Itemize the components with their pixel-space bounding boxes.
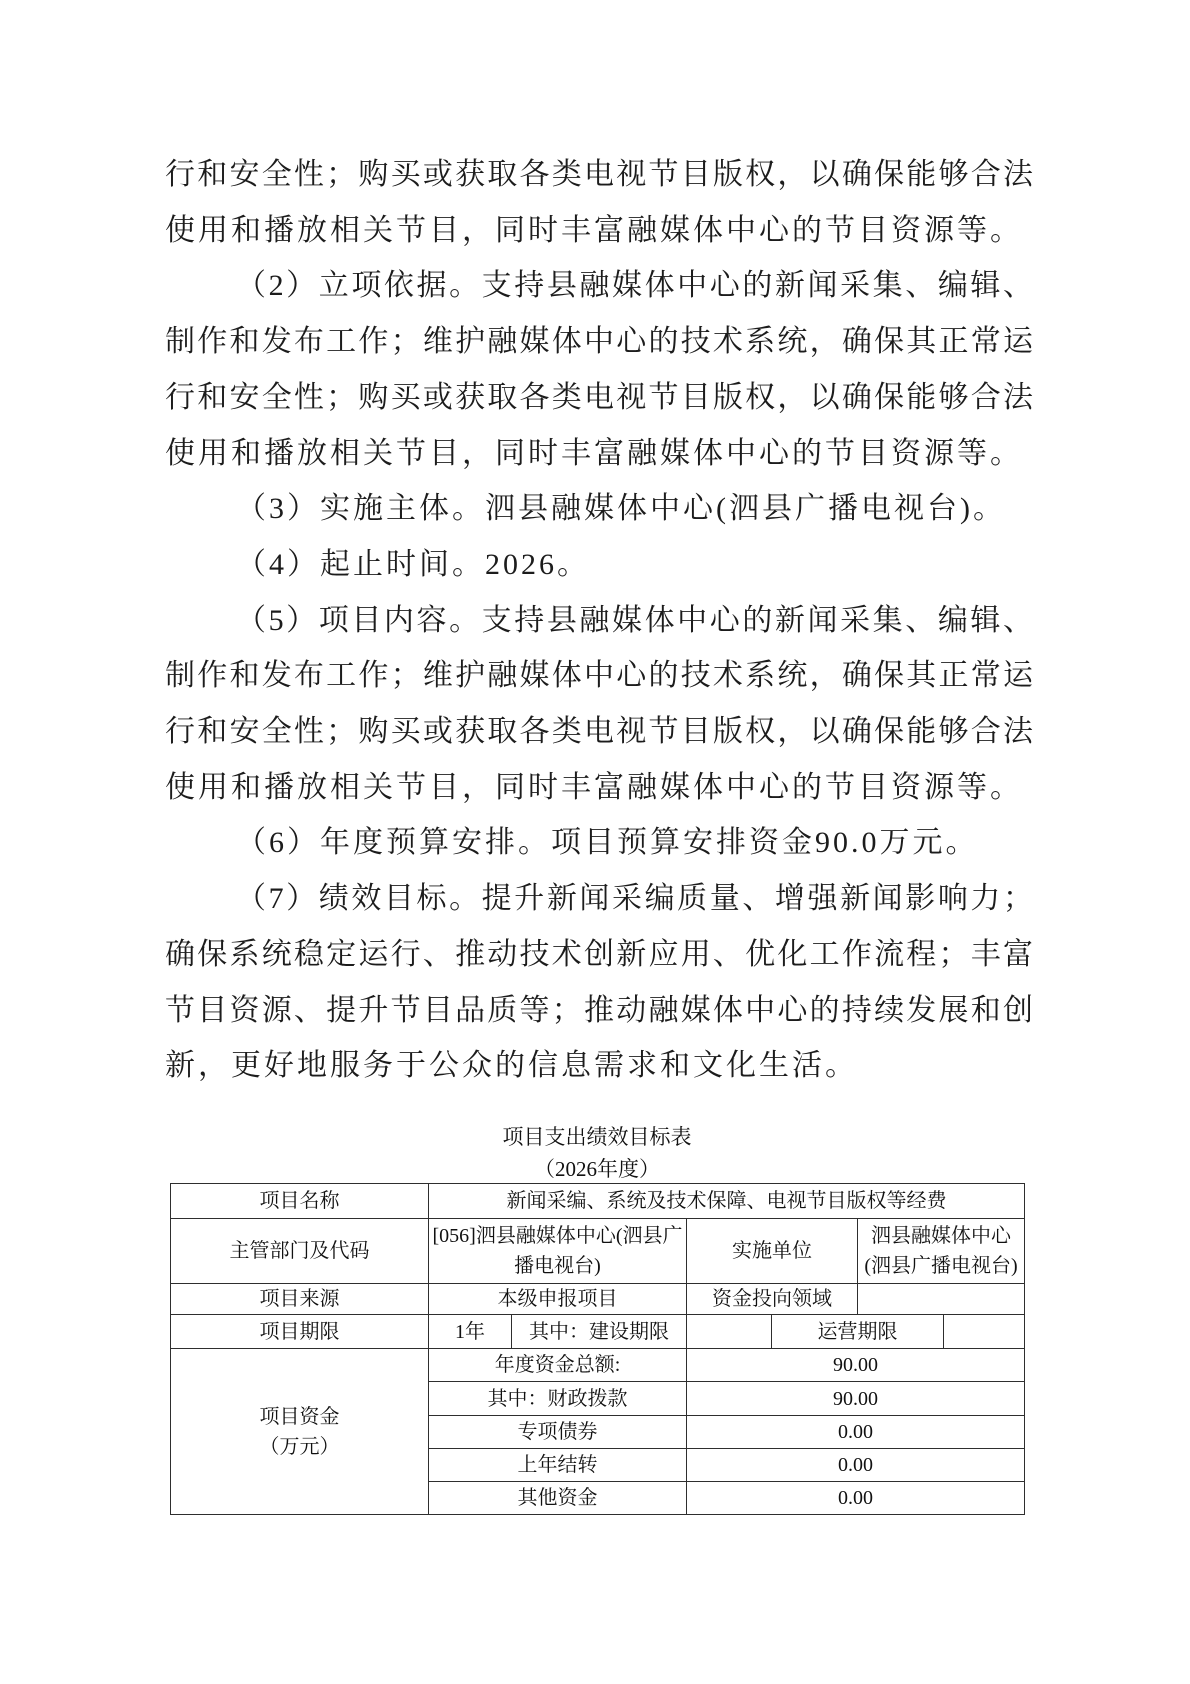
- body-line: 使用和播放相关节目，同时丰富融媒体中心的节目资源等。: [165, 203, 1033, 259]
- body-line: （2）立项依据。支持县融媒体中心的新闻采集、编辑、: [165, 258, 1033, 314]
- body-line: （3）实施主体。泗县融媒体中心(泗县广播电视台)。: [165, 481, 1033, 537]
- document-page: 行和安全性；购买或获取各类电视节目版权，以确保能够合法 使用和播放相关节目，同时…: [0, 0, 1190, 1684]
- cell-period-value: 1年: [429, 1315, 512, 1349]
- table-row: 项目来源 本级申报项目 资金投向领域: [171, 1284, 1025, 1315]
- impl-value-line1: 泗县融媒体中心: [871, 1225, 1011, 1247]
- cell-project-name-label: 项目名称: [171, 1184, 429, 1219]
- impl-value-line2: (泗县广播电视台): [864, 1255, 1017, 1277]
- cell-fund-total-value: 90.00: [687, 1349, 1025, 1382]
- cell-fund-header: 项目资金（万元）: [171, 1349, 429, 1515]
- cell-source-value: 本级申报项目: [429, 1284, 687, 1315]
- table-row: 项目名称 新闻采编、系统及技术保障、电视节目版权等经费: [171, 1184, 1025, 1219]
- table-row: 项目资金（万元） 年度资金总额: 90.00: [171, 1349, 1025, 1382]
- body-line: 行和安全性；购买或获取各类电视节目版权，以确保能够合法: [165, 704, 1033, 760]
- cell-fund-carryover-value: 0.00: [687, 1449, 1025, 1482]
- cell-invest-value: [858, 1284, 1025, 1315]
- body-line: 新，更好地服务于公众的信息需求和文化生活。: [165, 1038, 1033, 1094]
- cell-operation-label: 运营期限: [772, 1315, 944, 1349]
- cell-fund-bond-value: 0.00: [687, 1416, 1025, 1449]
- cell-source-label: 项目来源: [171, 1284, 429, 1315]
- table-caption: 项目支出绩效目标表 （2026年度）: [170, 1121, 1024, 1185]
- cell-dept-value: [056]泗县融媒体中心(泗县广播电视台): [429, 1219, 687, 1284]
- cell-fund-fiscal-value: 90.00: [687, 1382, 1025, 1416]
- cell-construction-label: 其中：建设期限: [512, 1315, 687, 1349]
- body-line: （6）年度预算安排。项目预算安排资金90.0万元。: [165, 815, 1033, 871]
- cell-fund-total-label: 年度资金总额:: [429, 1349, 687, 1382]
- body-line: （5）项目内容。支持县融媒体中心的新闻采集、编辑、: [165, 593, 1033, 649]
- cell-construction-value: [687, 1315, 772, 1349]
- cell-period-label: 项目期限: [171, 1315, 429, 1349]
- fund-header-line1: 项目资金: [260, 1406, 340, 1428]
- cell-dept-label: 主管部门及代码: [171, 1219, 429, 1284]
- body-line: 使用和播放相关节目，同时丰富融媒体中心的节目资源等。: [165, 426, 1033, 482]
- cell-invest-label: 资金投向领域: [687, 1284, 858, 1315]
- table-row: 主管部门及代码 [056]泗县融媒体中心(泗县广播电视台) 实施单位 泗县融媒体…: [171, 1219, 1025, 1284]
- cell-fund-fiscal-label: 其中：财政拨款: [429, 1382, 687, 1416]
- cell-fund-carryover-label: 上年结转: [429, 1449, 687, 1482]
- body-line: 确保系统稳定运行、推动技术创新应用、优化工作流程；丰富: [165, 927, 1033, 983]
- cell-fund-bond-label: 专项债券: [429, 1416, 687, 1449]
- table-row: 项目期限 1年 其中：建设期限 运营期限: [171, 1315, 1025, 1349]
- body-line: 行和安全性；购买或获取各类电视节目版权，以确保能够合法: [165, 370, 1033, 426]
- body-line: 节目资源、提升节目品质等；推动融媒体中心的持续发展和创: [165, 983, 1033, 1039]
- cell-fund-other-value: 0.00: [687, 1482, 1025, 1515]
- body-line: 行和安全性；购买或获取各类电视节目版权，以确保能够合法: [165, 147, 1033, 203]
- cell-impl-label: 实施单位: [687, 1219, 858, 1284]
- cell-operation-value: [944, 1315, 1025, 1349]
- document-body: 行和安全性；购买或获取各类电视节目版权，以确保能够合法 使用和播放相关节目，同时…: [165, 147, 1033, 1094]
- cell-impl-value: 泗县融媒体中心(泗县广播电视台): [858, 1219, 1025, 1284]
- performance-target-table: 项目名称 新闻采编、系统及技术保障、电视节目版权等经费 主管部门及代码 [056…: [170, 1183, 1025, 1515]
- cell-project-name-value: 新闻采编、系统及技术保障、电视节目版权等经费: [429, 1184, 1025, 1219]
- body-line: （4）起止时间。2026。: [165, 537, 1033, 593]
- body-line: 使用和播放相关节目，同时丰富融媒体中心的节目资源等。: [165, 760, 1033, 816]
- table-title: 项目支出绩效目标表: [170, 1121, 1024, 1153]
- body-line: 制作和发布工作；维护融媒体中心的技术系统，确保其正常运: [165, 648, 1033, 704]
- fund-header-line2: （万元）: [260, 1436, 340, 1458]
- body-line: （7）绩效目标。提升新闻采编质量、增强新闻影响力；: [165, 871, 1033, 927]
- cell-fund-other-label: 其他资金: [429, 1482, 687, 1515]
- body-line: 制作和发布工作；维护融媒体中心的技术系统，确保其正常运: [165, 314, 1033, 370]
- table-subtitle: （2026年度）: [170, 1153, 1024, 1185]
